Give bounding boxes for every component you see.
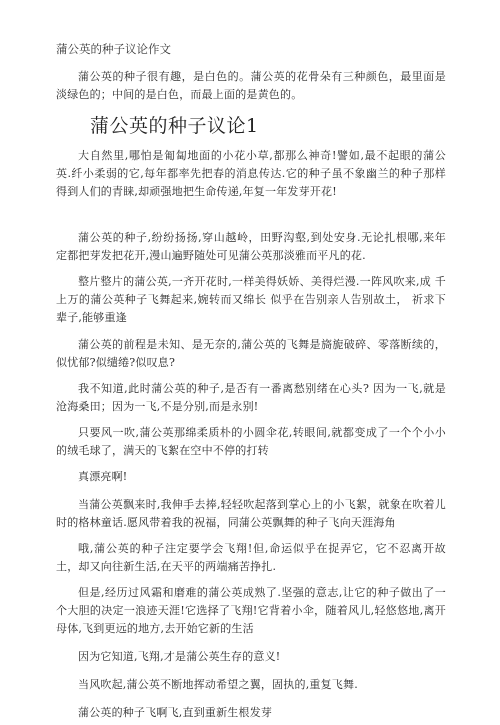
paragraph-1: 大自然里,哪怕是匍匐地面的小花小草,都那么神奇!譬如,最不起眼的蒲公 英.纤小柔… bbox=[56, 147, 446, 201]
paragraph-13: 蒲公英的种子飞啊飞,直到重新生根发芽 bbox=[78, 704, 446, 722]
document-title: 蒲公英的种子议论作文 bbox=[56, 42, 171, 56]
paragraph-2: 蒲公英的种子,纷纷扬扬,穿山越岭，田野沟壑,到处安身.无论扎根哪,来年 定都把芽… bbox=[56, 229, 446, 265]
paragraph-10: 但是,经历过风霜和磨难的蒲公英成熟了.坚强的意志,让它的种子做出了一 个大胆的决… bbox=[56, 584, 446, 638]
intro-paragraph: 蒲公英的种子很有趣，是白色的。蒲公英的花骨朵有三种颜色，最里面是 淡绿色的；中间… bbox=[56, 68, 446, 104]
paragraph-12: 当风吹起,蒲公英不断地挥动希望之翼，固执的,重复飞舞. bbox=[78, 676, 446, 694]
paragraph-7: 真漂亮啊! bbox=[56, 468, 446, 486]
paragraph-4: 蒲公英的前程是未知、是无奈的,蒲公英的飞舞是旖旎破碎、零落断续的， 似忧郁?似缱… bbox=[56, 336, 446, 372]
paragraph-5: 我不知道,此时蒲公英的种子,是否有一番离愁别绪在心头? 因为一飞,就是 沧海桑田… bbox=[56, 380, 446, 416]
paragraph-6: 只要风一吹,蒲公英那绵柔质朴的小圆伞花,转眼间,就都变成了一个个小小 的绒毛球了… bbox=[56, 424, 446, 460]
paragraph-3: 整片整片的蒲公英,一齐开花时,一样美得妖娇、美得烂漫.一阵风吹来,成 千上万的蒲… bbox=[56, 273, 446, 327]
paragraph-9: 哦,蒲公英的种子注定要学会飞翔!但,命运似乎在捉弄它，它不忍离开故土，却又向往新… bbox=[56, 540, 446, 576]
section-heading: 蒲公英的种子议论1 bbox=[90, 113, 259, 139]
document-page: 蒲公英的种子议论作文 蒲公英的种子很有趣，是白色的。蒲公英的花骨朵有三种颜色，最… bbox=[0, 0, 500, 725]
paragraph-8: 当蒲公英飘来时,我伸手去捧,轻轻吹起落到掌心上的小飞絮，就象在吹着儿 时的格林童… bbox=[56, 496, 446, 532]
paragraph-11: 因为它知道,飞翔,才是蒲公英生存的意义! bbox=[56, 648, 446, 666]
